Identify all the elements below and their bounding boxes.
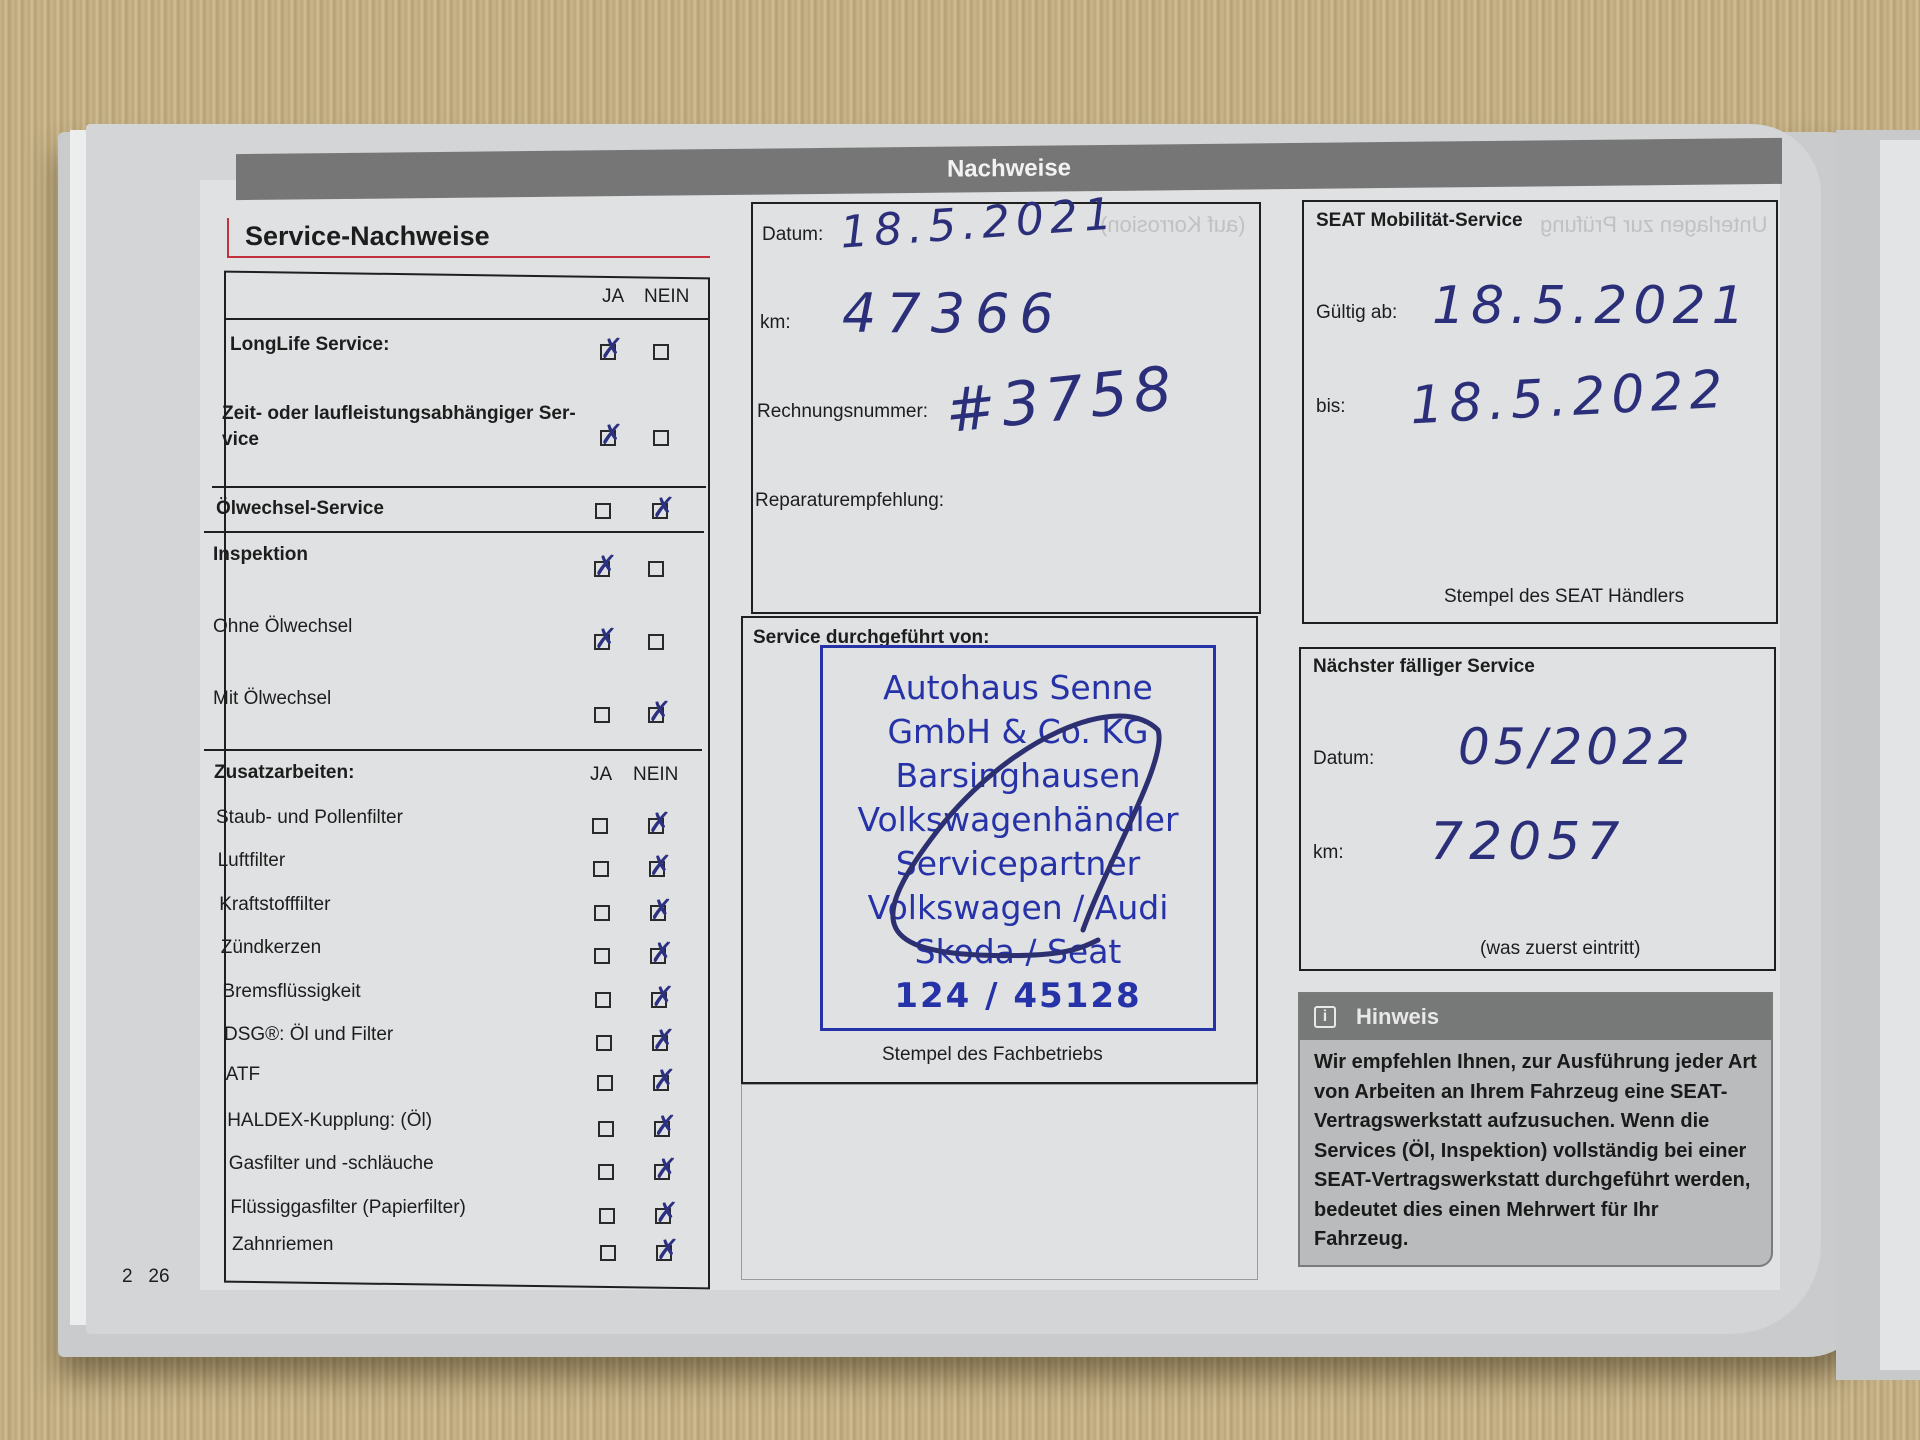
hint-box: i Hinweis Wir empfehlen Ihnen, zur Ausfü… <box>1298 992 1773 1267</box>
service-row-label: LongLife Service: <box>230 334 389 356</box>
page-number: 2 26 <box>122 1266 170 1288</box>
table-divider <box>212 486 706 488</box>
extras-row-label: ATF <box>226 1064 260 1086</box>
km-value: 47366 <box>842 282 1064 345</box>
service-row-label-cont: vice <box>222 429 259 451</box>
column-header-nein: NEIN <box>644 286 689 308</box>
extras-row-nein-checkbox[interactable] <box>656 1245 672 1261</box>
next-km-label: km: <box>1313 842 1344 864</box>
extras-row-nein-checkbox[interactable] <box>650 905 666 921</box>
inspection-row-label: Inspektion <box>213 544 308 566</box>
extras-row-nein-checkbox[interactable] <box>654 1164 670 1180</box>
bleed-through-text: Unterlagen zur Prüfung <box>1540 212 1767 238</box>
extras-row-label: Gasfilter und -schläuche <box>229 1153 434 1175</box>
oil-service-label: Ölwechsel-Service <box>216 498 384 520</box>
table-divider <box>204 531 704 533</box>
oil-service-nein-checkbox[interactable] <box>652 503 668 519</box>
extras-row-ja-checkbox[interactable] <box>593 861 609 877</box>
extras-row-ja-checkbox[interactable] <box>595 992 611 1008</box>
empty-record-box <box>741 1084 1258 1280</box>
extras-column-nein: NEIN <box>633 764 678 786</box>
next-km-value: 72057 <box>1430 812 1625 872</box>
valid-from-label: Gültig ab: <box>1316 302 1397 324</box>
extras-row-ja-checkbox[interactable] <box>594 948 610 964</box>
next-service-note: (was zuerst eintritt) <box>1480 938 1640 960</box>
stamp-line: Volkswagen / Audi <box>823 886 1213 930</box>
extras-row-nein-checkbox[interactable] <box>648 818 664 834</box>
extras-row-ja-checkbox[interactable] <box>597 1075 613 1091</box>
extras-row-nein-checkbox[interactable] <box>654 1121 670 1137</box>
stamp-line: Skoda / Seat <box>823 930 1213 974</box>
repair-recommendation-label: Reparaturempfehlung: <box>755 490 944 512</box>
service-row-label: Zeit- oder laufleistungsabhängiger Ser- <box>222 403 576 425</box>
extras-row-nein-checkbox[interactable] <box>655 1208 671 1224</box>
next-service-box <box>1299 647 1776 971</box>
dealer-stamp: Autohaus SenneGmbH & Co. KGBarsinghausen… <box>820 645 1216 1031</box>
section-title: Service-Nachweise <box>227 218 710 258</box>
extras-title: Zusatzarbeiten: <box>214 762 354 784</box>
extras-column-ja: JA <box>590 764 612 786</box>
extras-row-label: Flüssiggasfilter (Papierfilter) <box>230 1197 465 1219</box>
extras-row-nein-checkbox[interactable] <box>653 1075 669 1091</box>
extras-row-nein-checkbox[interactable] <box>651 992 667 1008</box>
stamp-line: Volkswagenhändler <box>823 798 1213 842</box>
extras-row-nein-checkbox[interactable] <box>649 861 665 877</box>
hint-text: Wir empfehlen Ihnen, zur Ausführung jede… <box>1300 1040 1771 1263</box>
mobility-service-title: SEAT Mobilität-Service <box>1316 210 1523 232</box>
service-row-ja-checkbox[interactable] <box>600 344 616 360</box>
invoice-number-label: Rechnungsnummer: <box>757 401 928 423</box>
next-datum-label: Datum: <box>1313 748 1374 770</box>
inspection-row-nein-checkbox[interactable] <box>648 561 664 577</box>
stamp-line: Barsinghausen <box>823 754 1213 798</box>
table-divider <box>204 749 702 751</box>
extras-row-label: Staub- und Pollenfilter <box>216 807 403 829</box>
inspection-row-ja-checkbox[interactable] <box>594 634 610 650</box>
extras-row-ja-checkbox[interactable] <box>599 1208 615 1224</box>
oil-service-ja-checkbox[interactable] <box>595 503 611 519</box>
extras-row-label: DSG®: Öl und Filter <box>224 1024 393 1046</box>
bleed-through-text: (auf Korrosion) <box>1100 212 1246 238</box>
extras-row-label: HALDEX-Kupplung: (Öl) <box>227 1110 432 1132</box>
inspection-row-label: Ohne Ölwechsel <box>213 616 352 638</box>
datum-label: Datum: <box>762 224 823 246</box>
inspection-row-ja-checkbox[interactable] <box>594 707 610 723</box>
inspection-row-nein-checkbox[interactable] <box>648 707 664 723</box>
next-datum-value: 05/2022 <box>1458 718 1694 776</box>
extras-row-label: Zahnriemen <box>232 1234 333 1256</box>
column-header-ja: JA <box>602 286 624 308</box>
hint-header: i Hinweis <box>1300 994 1771 1040</box>
stamp-line: GmbH & Co. KG <box>823 710 1213 754</box>
info-icon: i <box>1314 1006 1336 1028</box>
inspection-row-ja-checkbox[interactable] <box>594 561 610 577</box>
extras-row-ja-checkbox[interactable] <box>592 818 608 834</box>
extras-row-label: Zündkerzen <box>221 937 321 959</box>
extras-row-ja-checkbox[interactable] <box>598 1121 614 1137</box>
inspection-row-nein-checkbox[interactable] <box>648 634 664 650</box>
extras-row-nein-checkbox[interactable] <box>652 1035 668 1051</box>
next-service-title: Nächster fälliger Service <box>1313 656 1535 678</box>
table-divider <box>224 318 710 320</box>
km-label: km: <box>760 312 791 334</box>
hint-title: Hinweis <box>1356 1004 1439 1030</box>
extras-row-ja-checkbox[interactable] <box>594 905 610 921</box>
extras-row-label: Bremsflüssigkeit <box>222 981 360 1003</box>
stamp-number: 124 / 45128 <box>823 974 1213 1018</box>
stamp-line: Servicepartner <box>823 842 1213 886</box>
inspection-row-label: Mit Ölwechsel <box>213 688 331 710</box>
dealer-stamp-caption: Stempel des SEAT Händlers <box>1444 586 1684 608</box>
extras-row-label: Luftfilter <box>218 850 286 872</box>
valid-from-value: 18.5.2021 <box>1432 276 1751 336</box>
extras-row-ja-checkbox[interactable] <box>596 1035 612 1051</box>
right-page-content <box>1880 140 1920 1370</box>
valid-to-label: bis: <box>1316 396 1346 418</box>
extras-row-ja-checkbox[interactable] <box>600 1245 616 1261</box>
extras-row-ja-checkbox[interactable] <box>598 1164 614 1180</box>
stamp-line: Autohaus Senne <box>823 666 1213 710</box>
service-row-nein-checkbox[interactable] <box>653 430 669 446</box>
extras-row-nein-checkbox[interactable] <box>650 948 666 964</box>
stamp-caption: Stempel des Fachbetriebs <box>882 1044 1103 1066</box>
service-row-ja-checkbox[interactable] <box>600 430 616 446</box>
service-row-nein-checkbox[interactable] <box>653 344 669 360</box>
extras-row-label: Kraftstofffilter <box>219 894 330 916</box>
